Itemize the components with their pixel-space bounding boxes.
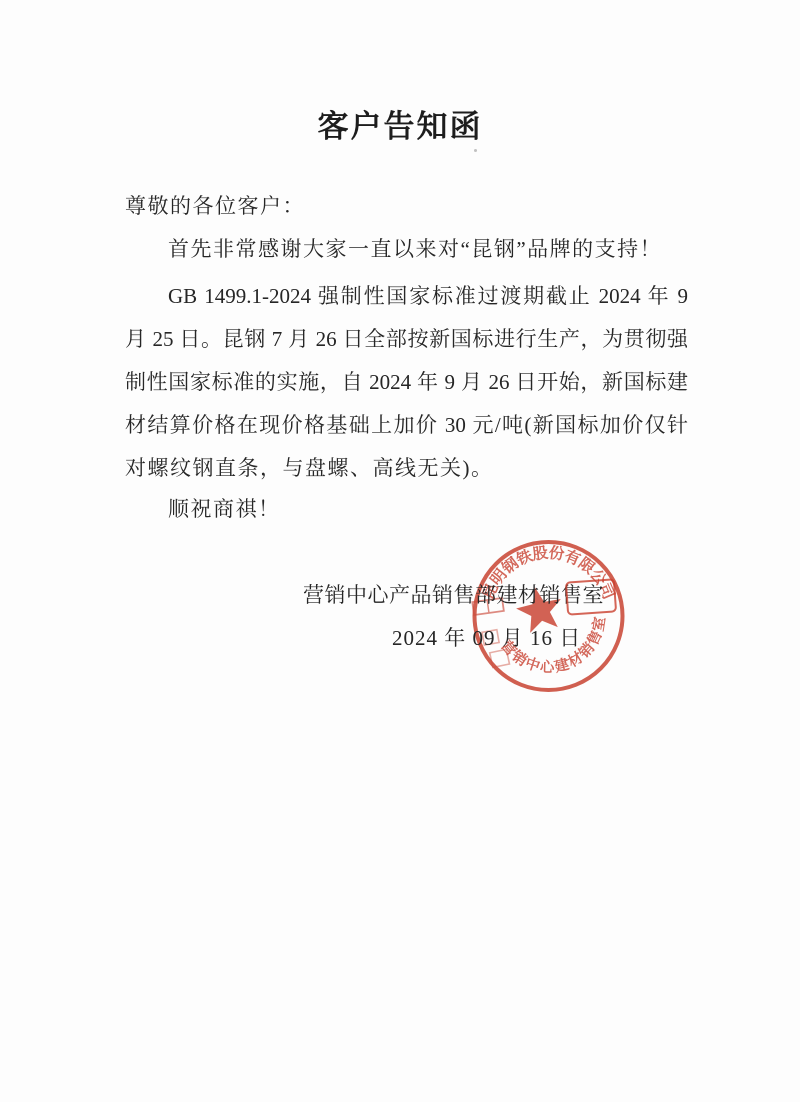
body-line: GB 1499.1-2024 强制性国家标准过渡期截止 2024 年 9 bbox=[168, 281, 688, 313]
body-line: 月 25 日。昆钢 7 月 26 日全部按新国标进行生产，为贯彻强 bbox=[125, 324, 688, 356]
svg-text:室: 室 bbox=[589, 615, 609, 633]
letter-title: 客户告知函 bbox=[0, 101, 800, 146]
signature-line: 营销中心产品销售部建材销售室 bbox=[303, 579, 604, 609]
body-line: 材结算价格在现价格基础上加价 30 元/吨(新国标加价仅针 bbox=[125, 410, 688, 442]
body-line: 对螺纹钢直条，与盘螺、高线无关)。 bbox=[125, 453, 688, 483]
body-line: 制性国家标准的实施，自 2024 年 9 月 26 日开始，新国标建 bbox=[125, 367, 688, 399]
closing-line: 顺祝商祺！ bbox=[168, 494, 688, 524]
company-seal-stamp: 昆明钢铁股份有限公司 营销中心建材销售室 bbox=[470, 537, 628, 695]
letter-page: 客户告知函 尊敬的各位客户： 首先非常感谢大家一直以来对“昆钢”品牌的支持！ G… bbox=[0, 0, 800, 1102]
body-line: 首先非常感谢大家一直以来对“昆钢”品牌的支持！ bbox=[168, 234, 688, 264]
scan-artifact-dot bbox=[474, 149, 477, 152]
seal-box-mark bbox=[565, 578, 617, 615]
date-line: 2024 年 09 月 16 日 bbox=[392, 622, 581, 652]
greeting-line: 尊敬的各位客户： bbox=[125, 191, 688, 221]
